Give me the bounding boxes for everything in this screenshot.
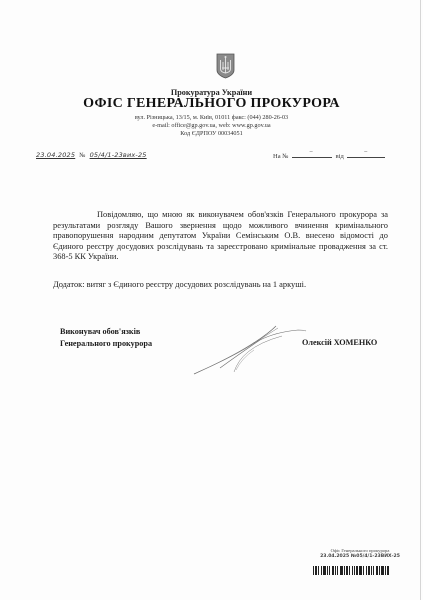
org-title: ОФІС ГЕНЕРАЛЬНОГО ПРОКУРОРА <box>0 96 423 112</box>
outgoing-registration: 23.04.2025 № 05/4/1-23вих-25 <box>36 151 147 159</box>
edrpou-code-line: Код ЄДРПОУ 00034051 <box>0 130 423 138</box>
handwritten-signature <box>190 322 310 378</box>
letter-body: Повідомляю, що мною як виконувачем обов'… <box>53 210 388 263</box>
signatory-role: Виконувач обов'язків Генерального прокур… <box>60 326 152 349</box>
role-line-1: Виконувач обов'язків <box>60 326 152 338</box>
coat-of-arms-icon <box>216 53 235 79</box>
incoming-from-label: від <box>336 153 344 160</box>
document-page: Прокуратура України ОФІС ГЕНЕРАЛЬНОГО ПР… <box>0 0 423 600</box>
registration-stamp: Офіс Генерального прокурора 23.04.2025 №… <box>310 548 410 560</box>
main-paragraph: Повідомляю, що мною як виконувачем обов'… <box>53 210 388 263</box>
incoming-label: На № <box>273 153 288 160</box>
attachment-note: Додаток: витяг з Єдиного реєстру досудов… <box>53 280 306 289</box>
contact-block: вул. Різницька, 13/15, м. Київ, 01011 фа… <box>0 114 423 138</box>
incoming-number-field: – <box>292 151 332 158</box>
incoming-reference: На № – від – <box>273 151 387 160</box>
barcode-icon <box>313 566 395 575</box>
number-sign: № <box>79 152 85 159</box>
signatory-name: Олексій ХОМЕНКО <box>302 338 377 347</box>
incoming-date-field: – <box>347 151 385 158</box>
outgoing-date: 23.04.2025 <box>36 151 75 159</box>
email-web-line: e-mail: office@gp.gov.ua, web: www.gp.go… <box>0 122 423 130</box>
role-line-2: Генерального прокурора <box>60 338 152 350</box>
stamp-reg-number: 23.04.2025 №05/4/1-23ВИХ-25 <box>310 554 410 560</box>
address-line: вул. Різницька, 13/15, м. Київ, 01011 фа… <box>0 114 423 122</box>
outgoing-number: 05/4/1-23вих-25 <box>90 151 147 159</box>
